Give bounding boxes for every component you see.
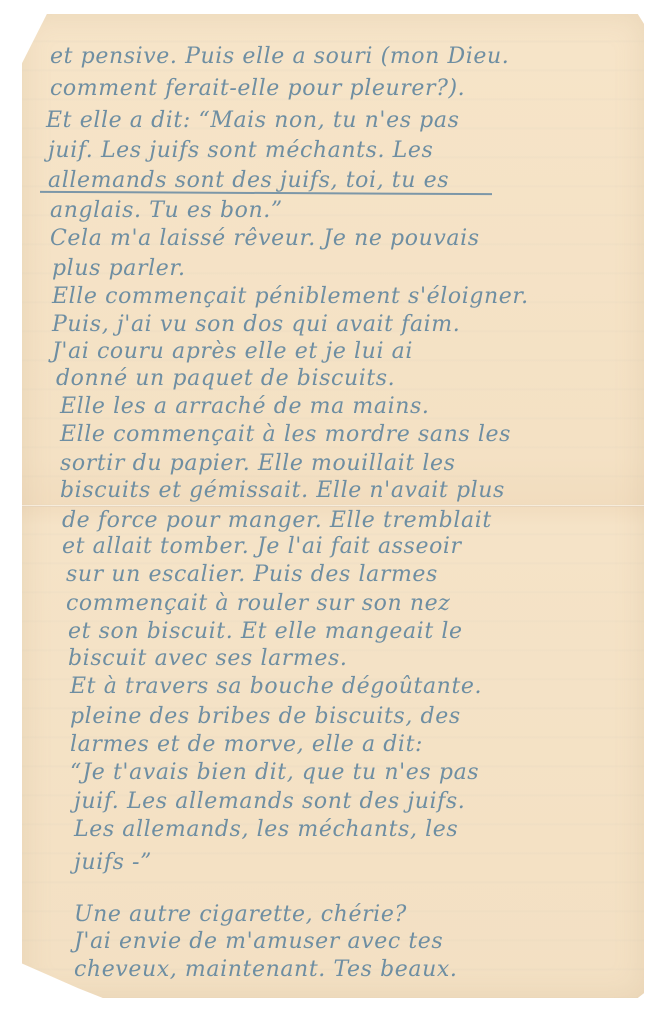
text-line: juif. Les allemands sont des juifs.: [74, 791, 465, 813]
text-line: Et elle a dit: “Mais non, tu n'es pas: [46, 110, 459, 132]
text-line: et son biscuit. Et elle mangeait le: [68, 621, 463, 643]
text-line: biscuit avec ses larmes.: [68, 648, 347, 670]
text-line: et allait tomber. Je l'ai fait asseoir: [62, 536, 462, 558]
text-line: J'ai couru après elle et je lui ai: [52, 341, 413, 363]
text-line: plus parler.: [52, 258, 186, 280]
paper-fold-line: [22, 505, 644, 507]
text-line: Elle commençait péniblement s'éloigner.: [52, 286, 529, 308]
text-line: Les allemands, les méchants, les: [74, 819, 458, 841]
text-line: cheveux, maintenant. Tes beaux.: [74, 959, 458, 981]
text-line: sur un escalier. Puis des larmes: [66, 564, 438, 586]
text-line: juif. Les juifs sont méchants. Les: [48, 140, 433, 162]
text-line: pleine des bribes de biscuits, des: [70, 706, 461, 728]
text-line: Elle les a arraché de ma mains.: [60, 396, 430, 418]
text-line: commençait à rouler sur son nez: [66, 593, 450, 615]
text-line: allemands sont des juifs, toi, tu es: [48, 170, 449, 192]
text-line: Une autre cigarette, chérie?: [74, 904, 407, 926]
text-line: anglais. Tu es bon.”: [50, 200, 283, 222]
text-line: J'ai envie de m'amuser avec tes: [74, 931, 443, 953]
text-line: de force pour manger. Elle tremblait: [62, 510, 492, 532]
text-line: larmes et de morve, elle a dit:: [70, 734, 423, 756]
text-line: “Je t'avais bien dit, que tu n'es pas: [70, 762, 479, 784]
text-line: Elle commençait à les mordre sans les: [60, 424, 511, 446]
text-line: et pensive. Puis elle a souri (mon Dieu.: [50, 46, 509, 68]
text-line: Cela m'a laissé rêveur. Je ne pouvais: [50, 228, 480, 250]
text-line: biscuits et gémissait. Elle n'avait plus: [60, 480, 505, 502]
text-line: Puis, j'ai vu son dos qui avait faim.: [52, 314, 460, 336]
text-line: juifs -”: [74, 852, 152, 874]
text-line: sortir du papier. Elle mouillait les: [60, 453, 456, 475]
text-line: comment ferait-elle pour pleurer?).: [50, 78, 465, 100]
text-line: donné un paquet de biscuits.: [56, 368, 395, 390]
letter-page: et pensive. Puis elle a souri (mon Dieu.…: [22, 14, 644, 998]
text-line: Et à travers sa bouche dégoûtante.: [70, 676, 482, 698]
